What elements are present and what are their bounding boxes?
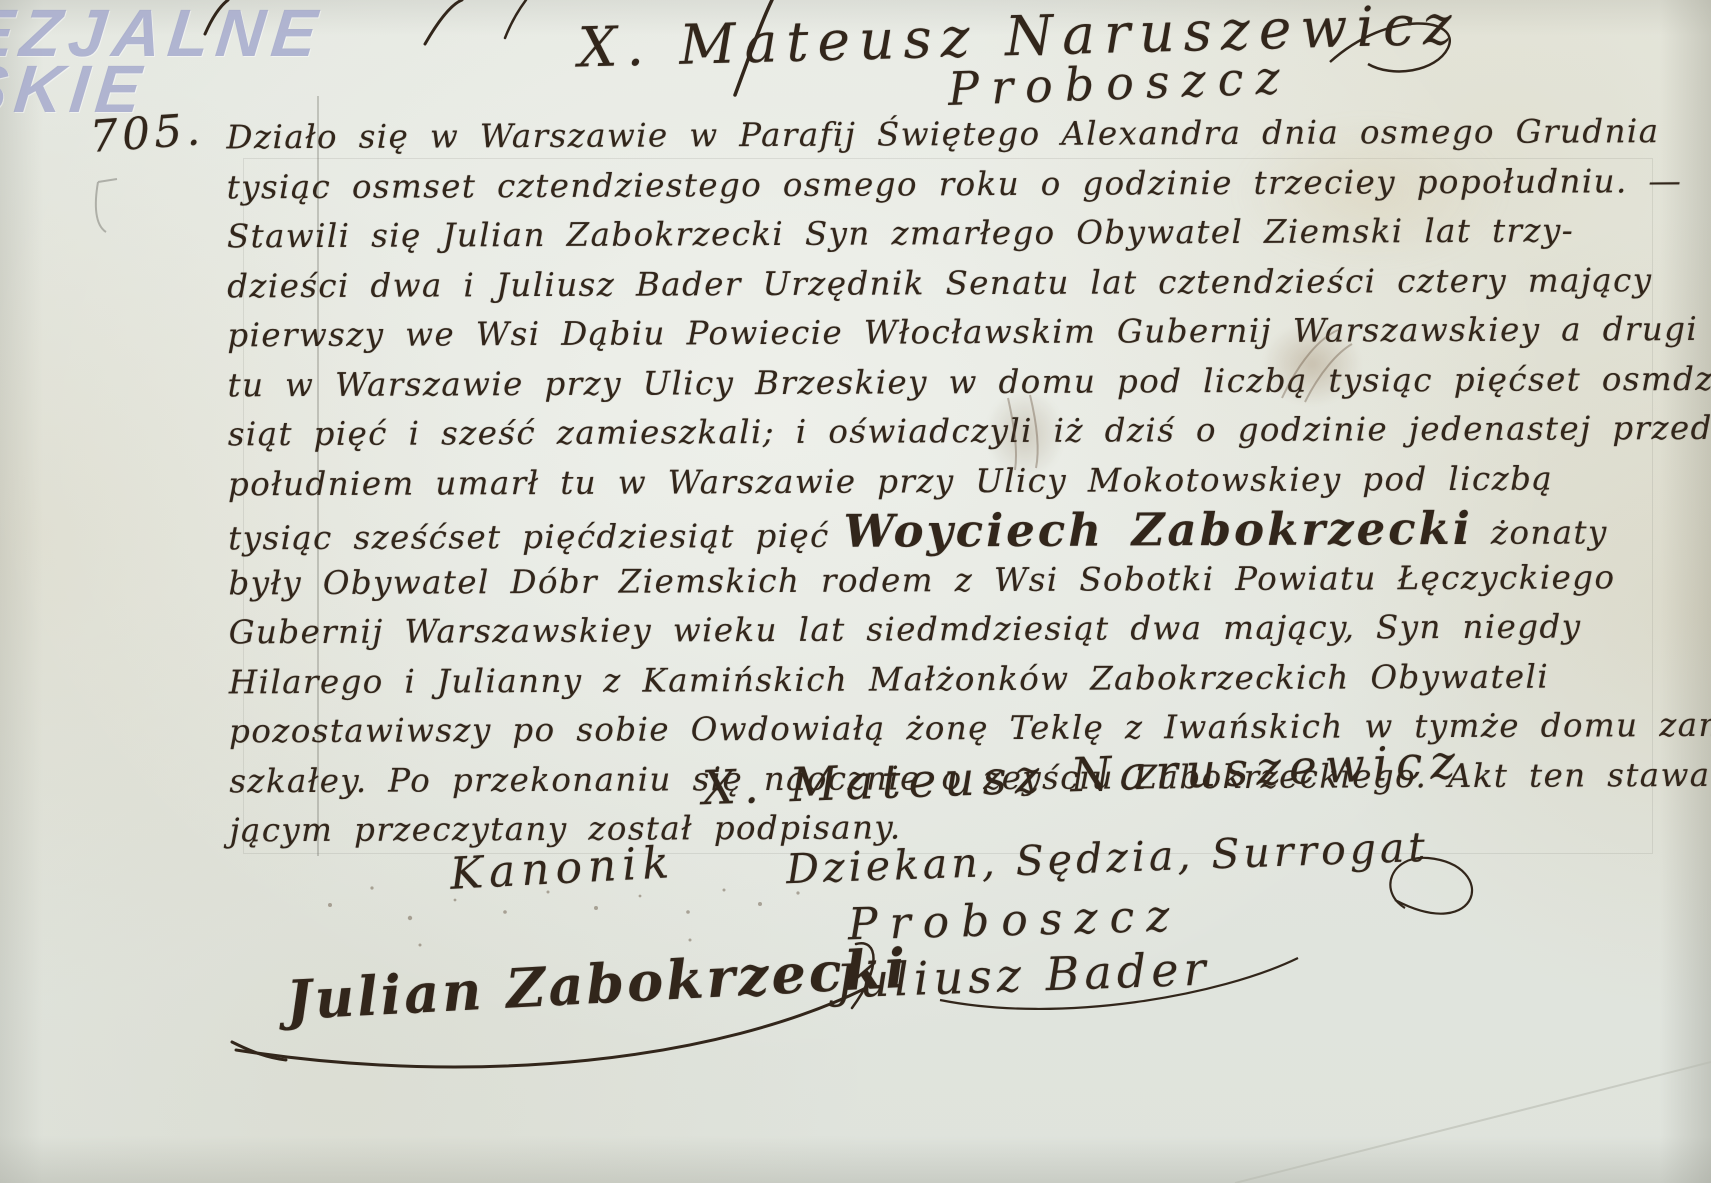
manuscript-line: tu w Warszawie przy Ulicy Brzeskiey w do… <box>227 354 1711 410</box>
manuscript-line: Działo się w Warszawie w Parafij Święteg… <box>226 107 1711 163</box>
manuscript-line: pierwszy we Wsi Dąbiu Powiecie Włocławsk… <box>227 305 1711 361</box>
line9-prefix: tysiąc sześćset pięćdziesiąt pięć <box>228 517 830 558</box>
scanned-document-page: EZJALNE SKIE X. Mateusz Naruszewicz Prob… <box>0 0 1711 1183</box>
manuscript-line: dzieści dwa i Juliusz Bader Urzędnik Sen… <box>227 255 1711 311</box>
witness-signature-julian: Julian Zabokrzecki <box>285 936 910 1033</box>
archive-watermark: EZJALNE SKIE <box>0 6 326 118</box>
pencil-margin-mark <box>96 179 117 232</box>
manuscript-line: południem umarł tu w Warszawie przy Ulic… <box>228 453 1711 509</box>
manuscript-line: Hilarego i Julianny z Kamińskich Małżonk… <box>229 651 1711 707</box>
line9-suffix: żonaty <box>1491 513 1608 552</box>
record-body: Działo się w Warszawie w Parafij Święteg… <box>226 107 1711 856</box>
record-number: 705. <box>88 104 205 163</box>
manuscript-line: Stawili się Julian Zabokrzecki Syn zmarł… <box>227 206 1711 262</box>
manuscript-line-deceased: tysiąc sześćset pięćdziesiąt pięćWoyciec… <box>228 503 1711 559</box>
paper-crease <box>1235 1062 1711 1183</box>
manuscript-line: tysiąc osmset cztendziestego osmego roku… <box>227 156 1711 212</box>
priest-title-kanonik: Kanonik <box>449 837 676 900</box>
manuscript-line: Gubernij Warszawskiey wieku lat siedmdzi… <box>229 602 1711 658</box>
ink-speckles <box>328 886 800 946</box>
previous-record-signature-title: Proboszcz <box>947 50 1292 116</box>
manuscript-line: pozostawiwszy po sobie Owdowiałą żonę Te… <box>229 701 1711 757</box>
manuscript-line: siąt pięć i sześć zamieszkali; i oświadc… <box>228 404 1711 460</box>
deceased-name: Woyciech Zabokrzecki <box>844 502 1473 558</box>
manuscript-line: były Obywatel Dóbr Ziemskich rodem z Wsi… <box>228 552 1711 608</box>
